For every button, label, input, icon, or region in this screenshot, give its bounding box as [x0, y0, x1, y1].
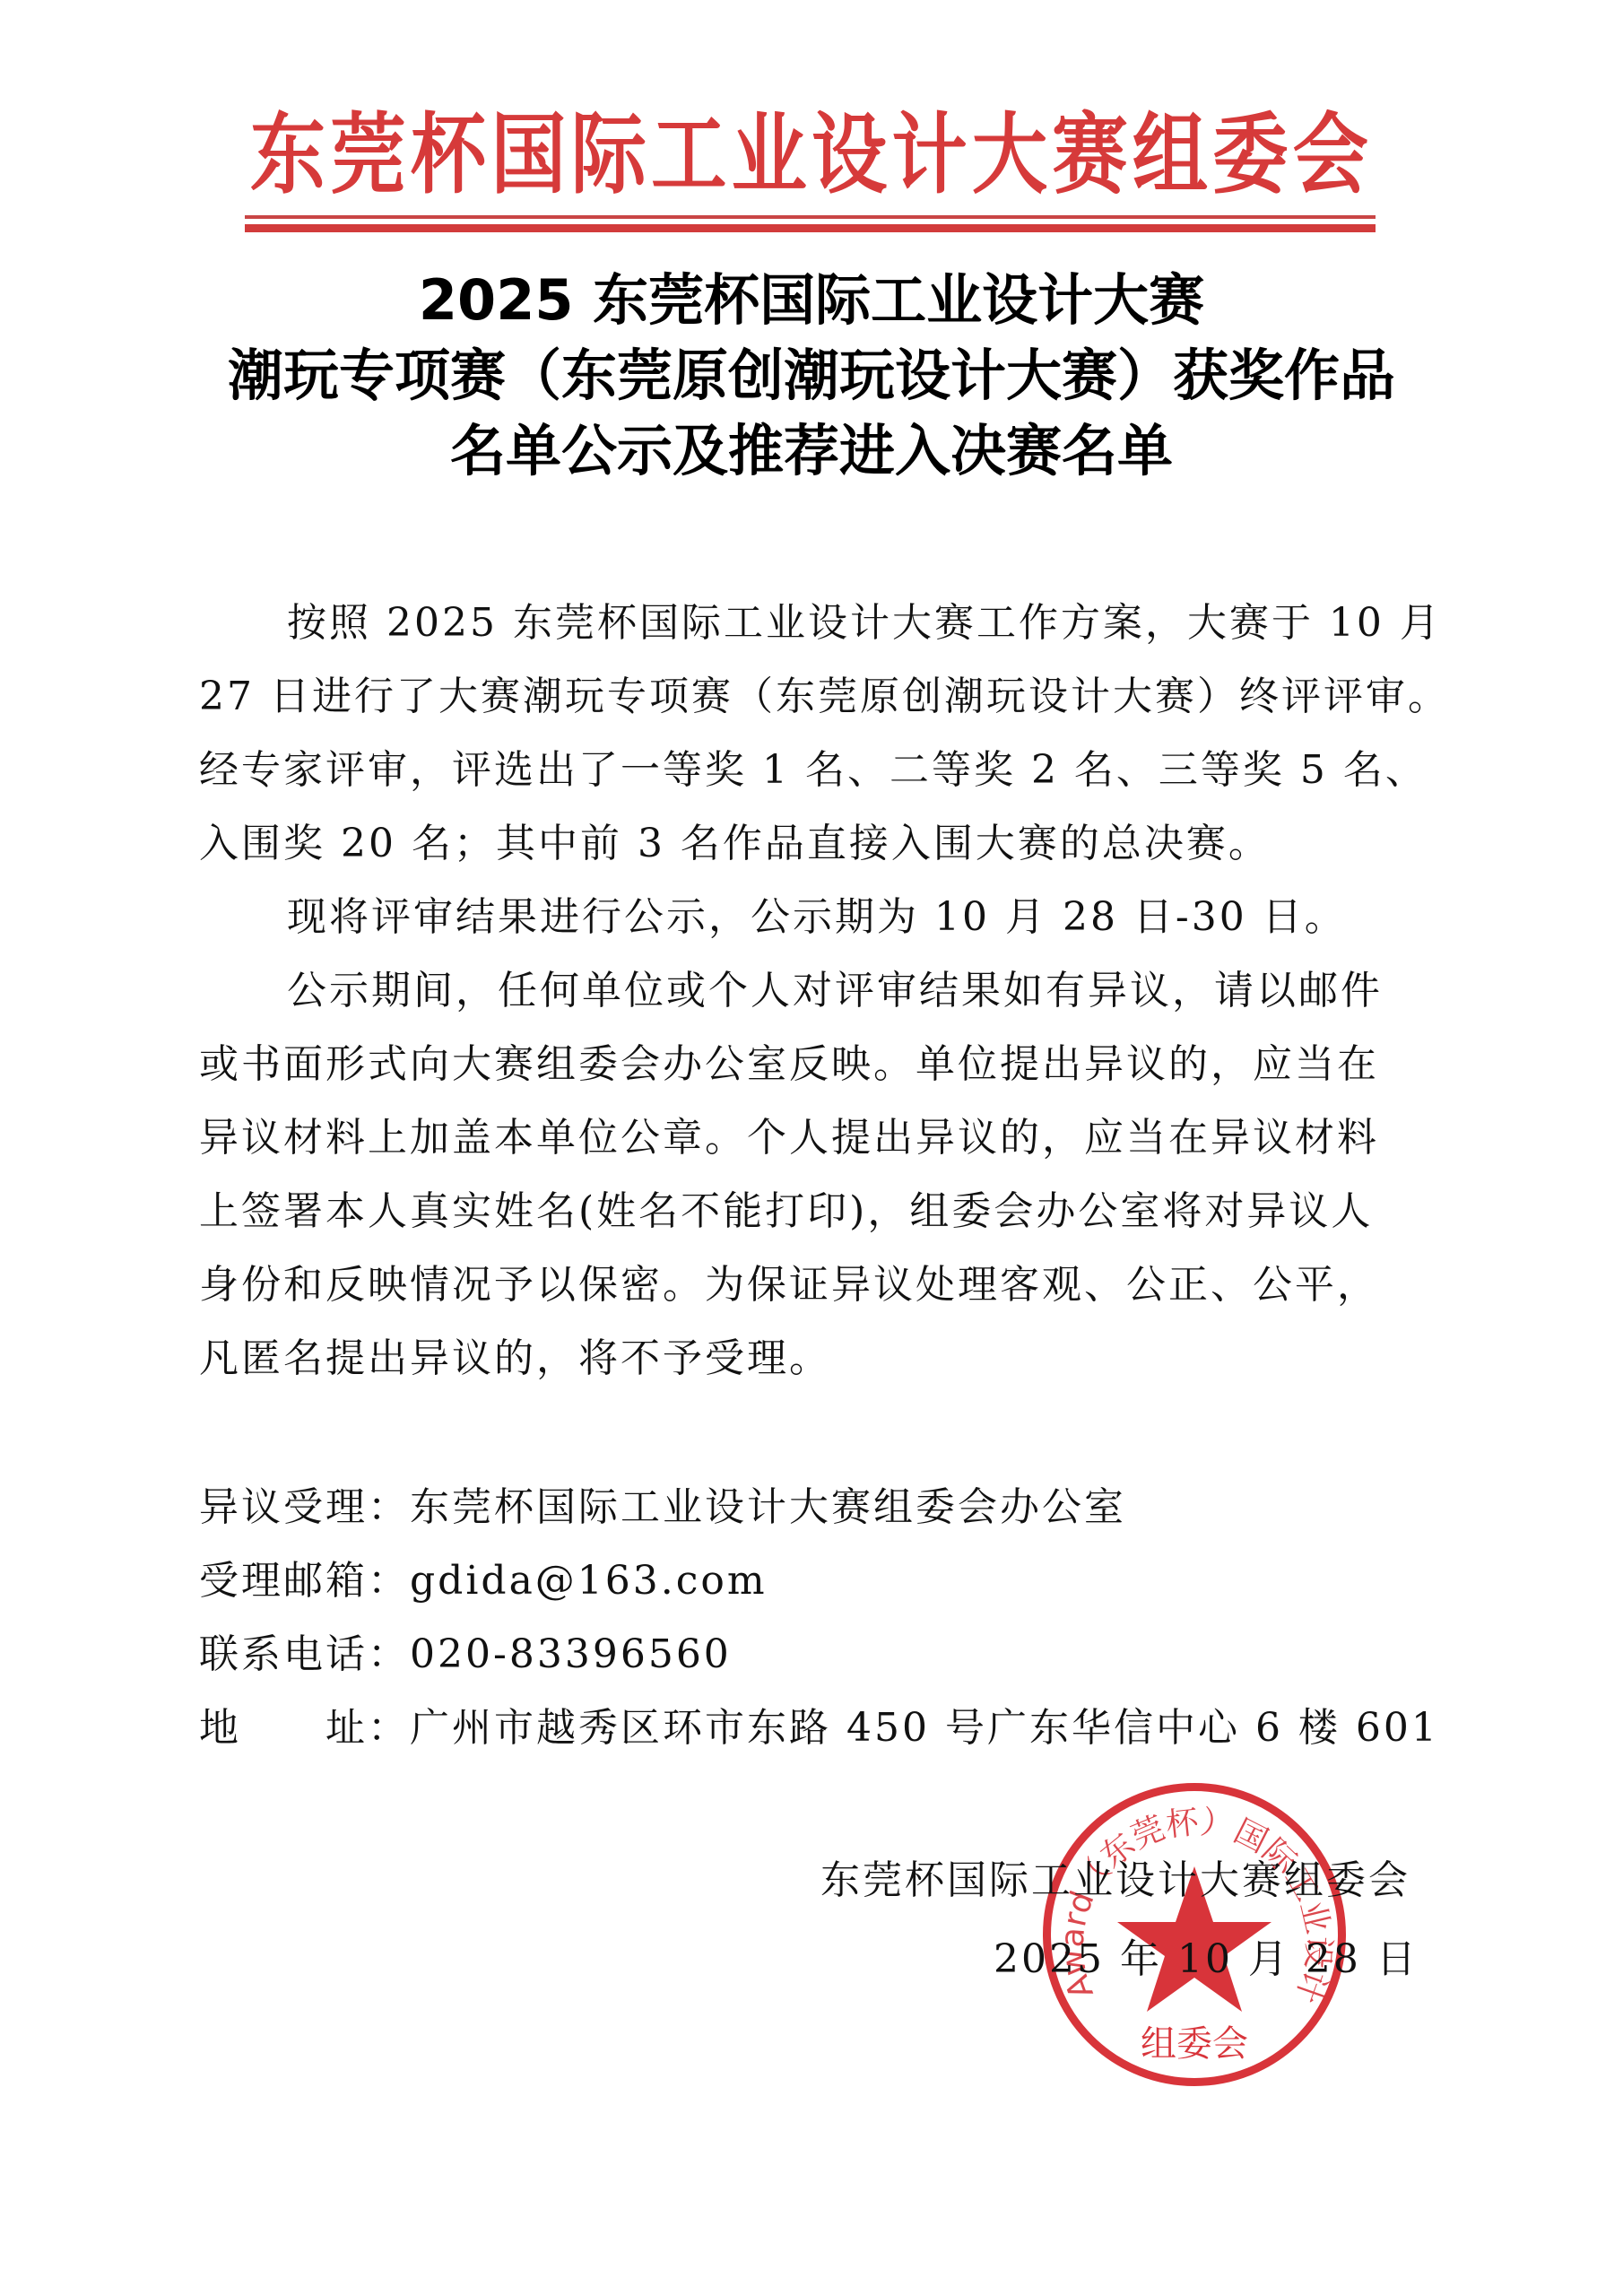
signature-org: 东莞杯国际工业设计大赛组委会	[820, 1857, 1410, 1905]
contact-phone: 联系电话：020-83396560	[199, 1631, 732, 1679]
title-line-2: 潮玩专项赛（东莞原创潮玩设计大赛）获奖作品	[0, 344, 1623, 407]
contact-office-value: 东莞杯国际工业设计大赛组委会办公室	[410, 1484, 1126, 1530]
contact-email-label: 受理邮箱：	[199, 1558, 410, 1604]
contact-office: 异议受理：东莞杯国际工业设计大赛组委会办公室	[199, 1483, 1126, 1532]
body-line: 身份和反映情况予以保密。为保证异议处理客观、公正、公平，	[199, 1261, 1379, 1309]
body-line: 凡匿名提出异议的，将不予受理。	[199, 1335, 831, 1383]
title-line-3: 名单公示及推荐进入决赛名单	[0, 420, 1623, 483]
signature-date: 2025 年 10 月 28 日	[994, 1935, 1419, 1984]
contact-email-value[interactable]: gdida@163.com	[410, 1558, 768, 1604]
seal-bottom-text: 组委会	[1141, 2023, 1248, 2065]
letterhead-rule-thick	[245, 224, 1376, 232]
contact-phone-label: 联系电话：	[199, 1631, 410, 1677]
document-page: 东莞杯国际工业设计大赛组委会 2025 东莞杯国际工业设计大赛 潮玩专项赛（东莞…	[0, 0, 1623, 2296]
contact-address-label: 地 址：	[199, 1705, 410, 1751]
contact-address: 地 址：广州市越秀区环市东路 450 号广东华信中心 6 楼 601	[199, 1704, 1439, 1752]
body-line: 27 日进行了大赛潮玩专项赛（东莞原创潮玩设计大赛）终评评审。	[199, 673, 1450, 721]
seal-star-icon: DID Award（东莞杯）国际工业设计大赛 组委会	[1051, 1791, 1338, 2078]
body-line: 按照 2025 东莞杯国际工业设计大赛工作方案，大赛于 10 月	[287, 599, 1442, 648]
letterhead-rule-thin	[245, 215, 1376, 219]
contact-address-value: 广州市越秀区环市东路 450 号广东华信中心 6 楼 601	[410, 1705, 1439, 1751]
contact-phone-value: 020-83396560	[410, 1631, 732, 1677]
contact-email: 受理邮箱：gdida@163.com	[199, 1557, 768, 1605]
body-line: 入围奖 20 名；其中前 3 名作品直接入围大赛的总决赛。	[199, 820, 1271, 868]
body-line: 现将评审结果进行公示，公示期为 10 月 28 日-30 日。	[287, 893, 1347, 942]
official-seal: DID Award（东莞杯）国际工业设计大赛 组委会	[1043, 1783, 1346, 2086]
body-line: 经专家评审，评选出了一等奖 1 名、二等奖 2 名、三等奖 5 名、	[199, 746, 1428, 795]
title-line-1: 2025 东莞杯国际工业设计大赛	[0, 269, 1623, 332]
body-line: 或书面形式向大赛组委会办公室反映。单位提出异议的，应当在	[199, 1040, 1379, 1089]
body-line: 上签署本人真实姓名(姓名不能打印)，组委会办公室将对异议人	[199, 1187, 1373, 1236]
org-letterhead: 东莞杯国际工业设计大赛组委会	[114, 106, 1510, 204]
body-line: 公示期间，任何单位或个人对评审结果如有异议，请以邮件	[287, 967, 1383, 1015]
contact-office-label: 异议受理：	[199, 1484, 410, 1530]
body-line: 异议材料上加盖本单位公章。个人提出异议的，应当在异议材料	[199, 1114, 1379, 1162]
